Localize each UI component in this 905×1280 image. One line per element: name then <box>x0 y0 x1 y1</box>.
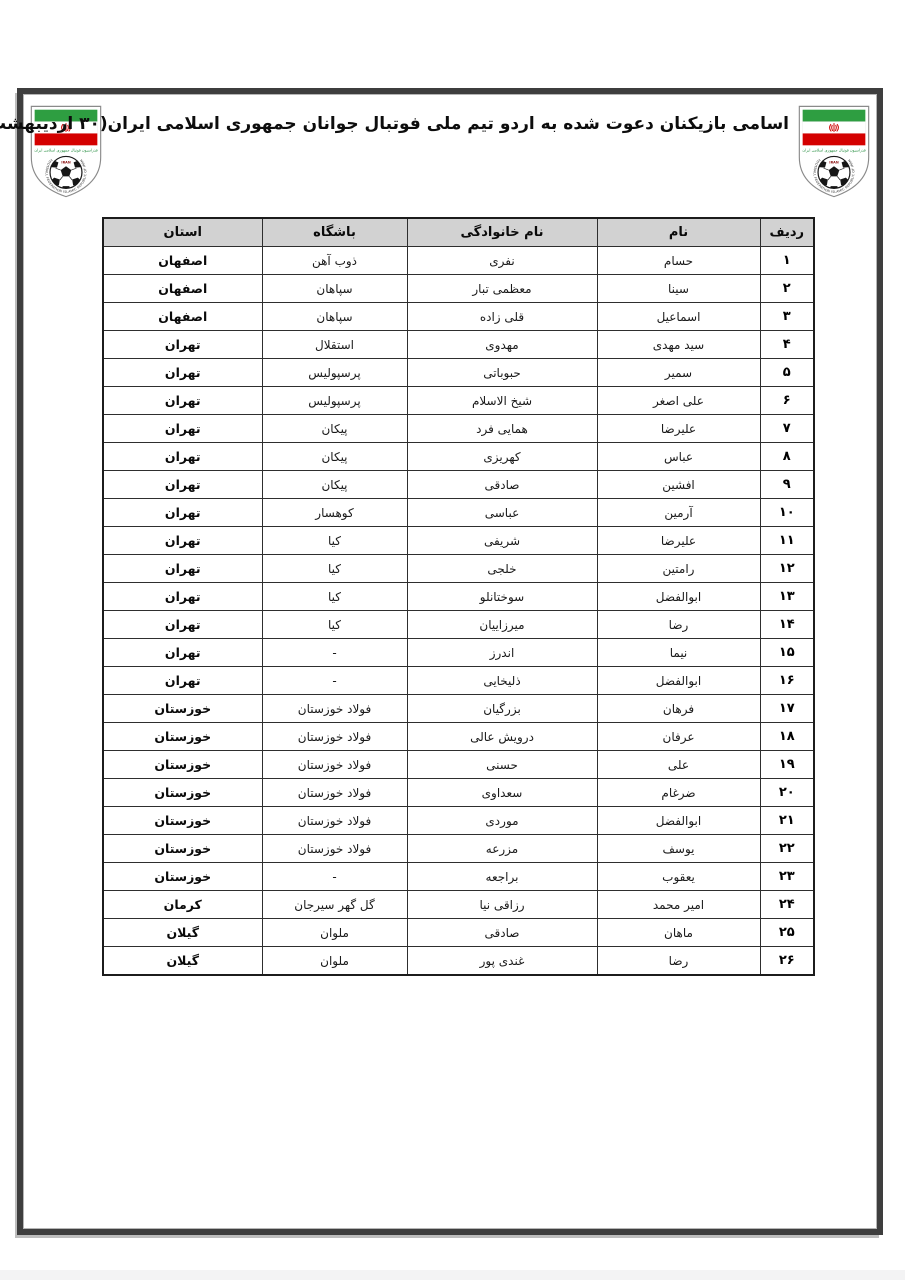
table-header-row: ردیف نام نام خانوادگی باشگاه استان <box>103 218 814 247</box>
cell-province: تهران <box>103 471 262 499</box>
cell-row-number: ۱۸ <box>760 723 814 751</box>
cell-club: پیکان <box>262 415 407 443</box>
flag-red-stripe <box>803 133 866 145</box>
cell-first-name: ضرغام <box>597 779 760 807</box>
cell-first-name: نیما <box>597 639 760 667</box>
cell-last-name: عباسی <box>407 499 597 527</box>
cell-club: ذوب آهن <box>262 247 407 275</box>
cell-row-number: ۲۰ <box>760 779 814 807</box>
cell-first-name: امیر محمد <box>597 891 760 919</box>
table-row: ۲۰ ضرغام سعداوی فولاد خوزستان خوزستان <box>103 779 814 807</box>
cell-row-number: ۱۱ <box>760 527 814 555</box>
cell-province: تهران <box>103 527 262 555</box>
table-row: ۳ اسماعیل قلی زاده سپاهان اصفهان <box>103 303 814 331</box>
cell-province: تهران <box>103 331 262 359</box>
cell-last-name: معظمی تبار <box>407 275 597 303</box>
cell-last-name: قلی زاده <box>407 303 597 331</box>
cell-province: تهران <box>103 387 262 415</box>
cell-first-name: سینا <box>597 275 760 303</box>
cell-club: استقلال <box>262 331 407 359</box>
federation-name-farsi: فدراسیون فوتبال جمهوری اسلامی ایران <box>34 148 97 153</box>
cell-row-number: ۱۵ <box>760 639 814 667</box>
cell-last-name: رزاقی نیا <box>407 891 597 919</box>
cell-club: فولاد خوزستان <box>262 779 407 807</box>
cell-club: پیکان <box>262 471 407 499</box>
cell-province: اصفهان <box>103 303 262 331</box>
document-frame: فدراسیون فوتبال جمهوری اسلامی ایران IRAN… <box>17 88 883 1235</box>
table-row: ۴ سید مهدی مهدوی استقلال تهران <box>103 331 814 359</box>
table-row: ۹ افشین صادقی پیکان تهران <box>103 471 814 499</box>
cell-first-name: علیرضا <box>597 415 760 443</box>
cell-last-name: شیخ الاسلام <box>407 387 597 415</box>
cell-last-name: براجعه <box>407 863 597 891</box>
cell-club: فولاد خوزستان <box>262 835 407 863</box>
players-table-container: ردیف نام نام خانوادگی باشگاه استان ۱ حسا… <box>102 217 815 976</box>
cell-first-name: فرهان <box>597 695 760 723</box>
cell-first-name: یوسف <box>597 835 760 863</box>
cell-province: گیلان <box>103 947 262 976</box>
table-row: ۵ سمیر حبوباتی پرسپولیس تهران <box>103 359 814 387</box>
cell-province: تهران <box>103 611 262 639</box>
cell-row-number: ۱۴ <box>760 611 814 639</box>
cell-province: تهران <box>103 443 262 471</box>
table-row: ۱۶ ابوالفضل ذلیخایی - تهران <box>103 667 814 695</box>
cell-last-name: غندی پور <box>407 947 597 976</box>
column-header-club: باشگاه <box>262 218 407 247</box>
table-row: ۱۳ ابوالفضل سوختانلو کیا تهران <box>103 583 814 611</box>
cell-row-number: ۵ <box>760 359 814 387</box>
table-row: ۱۵ نیما اندرز - تهران <box>103 639 814 667</box>
cell-last-name: مهدوی <box>407 331 597 359</box>
cell-province: تهران <box>103 639 262 667</box>
players-table-body: ۱ حسام نفری ذوب آهن اصفهان ۲ سینا معظمی … <box>103 247 814 976</box>
cell-province: خوزستان <box>103 695 262 723</box>
cell-province: گیلان <box>103 919 262 947</box>
cell-province: اصفهان <box>103 247 262 275</box>
cell-first-name: آرمین <box>597 499 760 527</box>
cell-row-number: ۱۷ <box>760 695 814 723</box>
cell-row-number: ۶ <box>760 387 814 415</box>
cell-first-name: رامتین <box>597 555 760 583</box>
table-row: ۷ علیرضا همایی فرد پیکان تهران <box>103 415 814 443</box>
table-row: ۲ سینا معظمی تبار سپاهان اصفهان <box>103 275 814 303</box>
players-table: ردیف نام نام خانوادگی باشگاه استان ۱ حسا… <box>102 217 815 976</box>
page: { "document": { "title": "اسامی بازیکنان… <box>0 0 905 1280</box>
cell-first-name: سید مهدی <box>597 331 760 359</box>
cell-last-name: حسنی <box>407 751 597 779</box>
cell-row-number: ۲۲ <box>760 835 814 863</box>
cell-row-number: ۱ <box>760 247 814 275</box>
cell-first-name: سمیر <box>597 359 760 387</box>
cell-province: خوزستان <box>103 807 262 835</box>
cell-club: پرسپولیس <box>262 387 407 415</box>
cell-last-name: میرزاییان <box>407 611 597 639</box>
cell-province: خوزستان <box>103 779 262 807</box>
cell-province: اصفهان <box>103 275 262 303</box>
cell-last-name: بزرگیان <box>407 695 597 723</box>
cell-province: خوزستان <box>103 835 262 863</box>
cell-club: - <box>262 863 407 891</box>
cell-first-name: افشین <box>597 471 760 499</box>
cell-last-name: خلجی <box>407 555 597 583</box>
cell-last-name: درویش عالی <box>407 723 597 751</box>
cell-row-number: ۱۰ <box>760 499 814 527</box>
table-row: ۲۶ رضا غندی پور ملوان گیلان <box>103 947 814 976</box>
table-row: ۱۸ عرفان درویش عالی فولاد خوزستان خوزستا… <box>103 723 814 751</box>
federation-name-farsi: فدراسیون فوتبال جمهوری اسلامی ایران <box>802 148 865 153</box>
cell-first-name: ابوالفضل <box>597 667 760 695</box>
cell-province: تهران <box>103 359 262 387</box>
cell-first-name: علی <box>597 751 760 779</box>
cell-first-name: ابوالفضل <box>597 807 760 835</box>
cell-club: فولاد خوزستان <box>262 807 407 835</box>
cell-first-name: ماهان <box>597 919 760 947</box>
cell-row-number: ۹ <box>760 471 814 499</box>
cell-row-number: ۲ <box>760 275 814 303</box>
table-row: ۱۰ آرمین عباسی کوهسار تهران <box>103 499 814 527</box>
flag-green-stripe <box>803 110 866 122</box>
cell-first-name: علی اصغر <box>597 387 760 415</box>
cell-last-name: ذلیخایی <box>407 667 597 695</box>
table-row: ۱ حسام نفری ذوب آهن اصفهان <box>103 247 814 275</box>
cell-row-number: ۳ <box>760 303 814 331</box>
cell-first-name: اسماعیل <box>597 303 760 331</box>
cell-club: کیا <box>262 583 407 611</box>
cell-first-name: عباس <box>597 443 760 471</box>
cell-row-number: ۱۳ <box>760 583 814 611</box>
cell-row-number: ۱۶ <box>760 667 814 695</box>
flag-red-stripe <box>35 133 98 145</box>
column-header-row-number: ردیف <box>760 218 814 247</box>
cell-province: تهران <box>103 499 262 527</box>
cell-province: تهران <box>103 583 262 611</box>
cell-province: خوزستان <box>103 723 262 751</box>
table-row: ۱۷ فرهان بزرگیان فولاد خوزستان خوزستان <box>103 695 814 723</box>
cell-first-name: عرفان <box>597 723 760 751</box>
cell-row-number: ۸ <box>760 443 814 471</box>
cell-row-number: ۷ <box>760 415 814 443</box>
cell-last-name: کهریزی <box>407 443 597 471</box>
column-header-province: استان <box>103 218 262 247</box>
cell-last-name: سوختانلو <box>407 583 597 611</box>
cell-club: فولاد خوزستان <box>262 751 407 779</box>
column-header-last-name: نام خانوادگی <box>407 218 597 247</box>
federation-logo-icon: فدراسیون فوتبال جمهوری اسلامی ایران IRAN… <box>796 103 872 200</box>
cell-province: تهران <box>103 667 262 695</box>
cell-last-name: صادقی <box>407 471 597 499</box>
cell-club: سپاهان <box>262 303 407 331</box>
cell-last-name: نفری <box>407 247 597 275</box>
cell-province: تهران <box>103 555 262 583</box>
cell-row-number: ۲۴ <box>760 891 814 919</box>
cell-row-number: ۲۵ <box>760 919 814 947</box>
cell-club: کیا <box>262 555 407 583</box>
cell-club: ملوان <box>262 919 407 947</box>
table-row: ۲۱ ابوالفضل موردی فولاد خوزستان خوزستان <box>103 807 814 835</box>
cell-province: خوزستان <box>103 863 262 891</box>
table-row: ۱۱ علیرضا شریفی کیا تهران <box>103 527 814 555</box>
cell-first-name: حسام <box>597 247 760 275</box>
cell-province: خوزستان <box>103 751 262 779</box>
table-row: ۶ علی اصغر شیخ الاسلام پرسپولیس تهران <box>103 387 814 415</box>
cell-last-name: مزرعه <box>407 835 597 863</box>
cell-last-name: حبوباتی <box>407 359 597 387</box>
table-row: ۲۴ امیر محمد رزاقی نیا گل گهر سیرجان کرم… <box>103 891 814 919</box>
table-row: ۲۳ یعقوب براجعه - خوزستان <box>103 863 814 891</box>
cell-club: ملوان <box>262 947 407 976</box>
cell-last-name: موردی <box>407 807 597 835</box>
cell-first-name: ابوالفضل <box>597 583 760 611</box>
cell-club: گل گهر سیرجان <box>262 891 407 919</box>
cell-club: - <box>262 639 407 667</box>
cell-province: کرمان <box>103 891 262 919</box>
cell-first-name: رضا <box>597 947 760 976</box>
table-row: ۲۵ ماهان صادقی ملوان گیلان <box>103 919 814 947</box>
cell-club: پیکان <box>262 443 407 471</box>
column-header-first-name: نام <box>597 218 760 247</box>
cell-club: کوهسار <box>262 499 407 527</box>
cell-last-name: شریفی <box>407 527 597 555</box>
cell-last-name: همایی فرد <box>407 415 597 443</box>
cell-province: تهران <box>103 415 262 443</box>
cell-last-name: سعداوی <box>407 779 597 807</box>
cell-club: کیا <box>262 611 407 639</box>
cell-row-number: ۲۶ <box>760 947 814 976</box>
cell-row-number: ۱۹ <box>760 751 814 779</box>
cell-last-name: صادقی <box>407 919 597 947</box>
cell-row-number: ۱۲ <box>760 555 814 583</box>
cell-club: - <box>262 667 407 695</box>
cell-club: کیا <box>262 527 407 555</box>
table-row: ۱۲ رامتین خلجی کیا تهران <box>103 555 814 583</box>
cell-row-number: ۲۳ <box>760 863 814 891</box>
bottom-strip <box>0 1270 905 1280</box>
ball-iran-label: IRAN <box>61 161 71 165</box>
table-row: ۱۹ علی حسنی فولاد خوزستان خوزستان <box>103 751 814 779</box>
ball-iran-label: IRAN <box>829 161 839 165</box>
cell-row-number: ۴ <box>760 331 814 359</box>
table-row: ۲۲ یوسف مزرعه فولاد خوزستان خوزستان <box>103 835 814 863</box>
cell-club: سپاهان <box>262 275 407 303</box>
table-row: ۸ عباس کهریزی پیکان تهران <box>103 443 814 471</box>
cell-first-name: رضا <box>597 611 760 639</box>
cell-row-number: ۲۱ <box>760 807 814 835</box>
table-row: ۱۴ رضا میرزاییان کیا تهران <box>103 611 814 639</box>
cell-first-name: یعقوب <box>597 863 760 891</box>
cell-last-name: اندرز <box>407 639 597 667</box>
cell-first-name: علیرضا <box>597 527 760 555</box>
cell-club: فولاد خوزستان <box>262 695 407 723</box>
page-title: اسامی بازیکنان دعوت شده به اردو تیم ملی … <box>148 114 789 134</box>
cell-club: فولاد خوزستان <box>262 723 407 751</box>
cell-club: پرسپولیس <box>262 359 407 387</box>
